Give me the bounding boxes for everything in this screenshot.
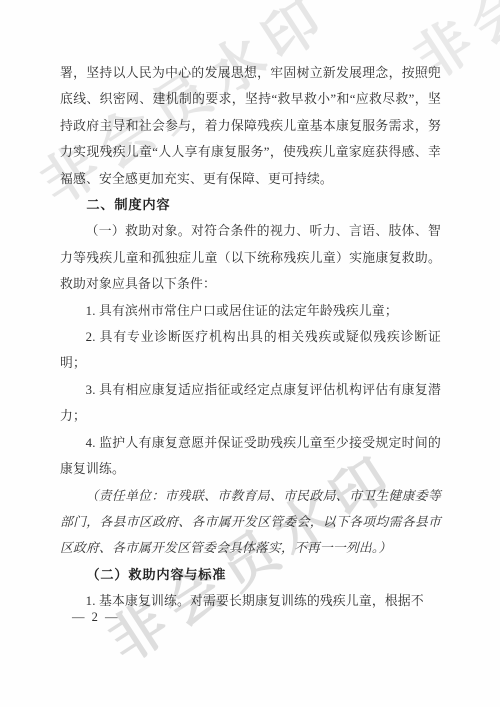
page-number: — 2 — bbox=[72, 610, 120, 625]
heading-aid-content-standards: （二）救助内容与标准 bbox=[60, 562, 441, 588]
document-body: 署，坚持以人民为中心的发展思想，牢固树立新发展理念，按照兜底线、织密网、建机制的… bbox=[60, 60, 441, 615]
heading-section-2: 二、制度内容 bbox=[60, 192, 441, 218]
condition-item-1: 1. 具有滨州市常住户口或居住证的法定年龄残疾儿童； bbox=[60, 298, 441, 324]
responsible-units-note: （责任单位：市残联、市教育局、市民政局、市卫生健康委等部门，各县市区政府、各市属… bbox=[60, 483, 441, 562]
paragraph-aid-targets: （一）救助对象。对符合条件的视力、听力、言语、肢体、智力等残疾儿童和孤独症儿童（… bbox=[60, 218, 441, 297]
body-paragraph-continued: 署，坚持以人民为中心的发展思想，牢固树立新发展理念，按照兜底线、织密网、建机制的… bbox=[60, 60, 441, 192]
condition-item-4: 4. 监护人有康复意愿并保证受助残疾儿童至少接受规定时间的康复训练。 bbox=[60, 430, 441, 483]
document-page: 非会员水印 非会员水印 非会员水印 署，坚持以人民为中心的发展思想，牢固树立新发… bbox=[0, 0, 500, 707]
condition-item-2: 2. 具有专业诊断医疗机构出具的相关残疾或疑似残疾诊断证明； bbox=[60, 324, 441, 377]
condition-item-3: 3. 具有相应康复适应指征或经定点康复评估机构评估有康复潜力； bbox=[60, 377, 441, 430]
